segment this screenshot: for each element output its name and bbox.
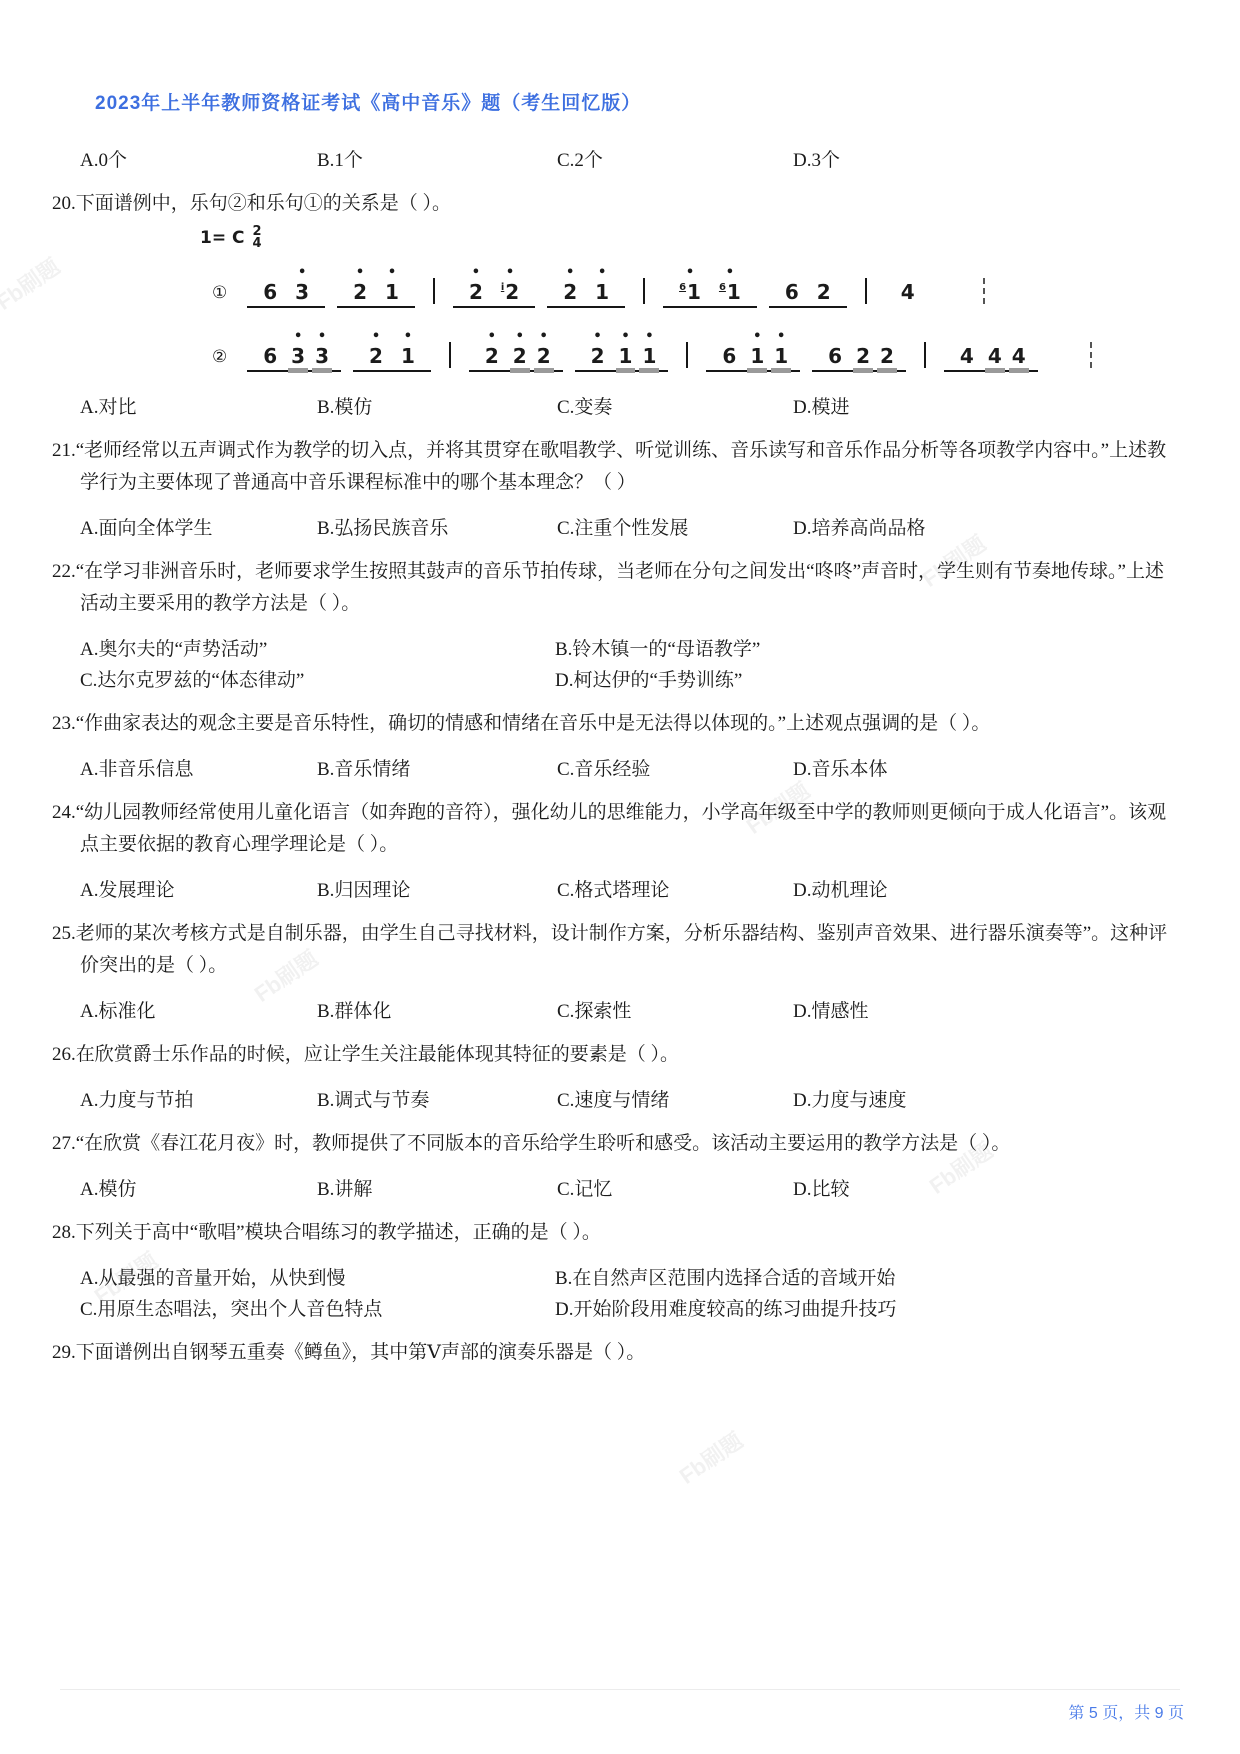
note: 4 xyxy=(951,344,983,368)
page-title: 2023年上半年教师资格证考试《高中音乐》题（考生回忆版） xyxy=(95,88,1182,115)
option: B.模仿 xyxy=(317,392,557,423)
barline-icon xyxy=(686,342,688,368)
octave-dot-icon: • xyxy=(472,268,480,278)
note-digit: 2 xyxy=(880,344,894,368)
question-number: 28. xyxy=(52,1222,76,1243)
key-signature: 1= C24 xyxy=(200,226,1182,250)
octave-dot-icon: • xyxy=(621,332,629,342)
key-label: 1= C xyxy=(200,228,244,248)
octave-dot-icon: • xyxy=(298,268,306,278)
music-line: ②63•3•2•1•2•2•2•2•1•1•61•1•622444 xyxy=(212,328,1182,372)
question: 29.下面谱例出自钢琴五重奏《鳟鱼》，其中第Ⅴ声部的演奏乐器是（ ）。 xyxy=(52,1337,1182,1369)
question: 28.下列关于高中“歌唱”模块合唱练习的教学描述，正确的是（ ）。 xyxy=(52,1217,1182,1249)
question-number: 25. xyxy=(52,923,76,944)
note-digit: 4 xyxy=(988,344,1002,368)
question-text: 下面谱例出自钢琴五重奏《鳟鱼》，其中第Ⅴ声部的演奏乐器是（ ）。 xyxy=(76,1342,645,1363)
beam-group: 2•i2• xyxy=(453,280,535,308)
barline-icon xyxy=(643,278,645,304)
note-digit: 2 xyxy=(353,280,367,304)
question-number: 23. xyxy=(52,713,76,734)
beam-group: 61•1• xyxy=(706,344,800,372)
option: A.发展理论 xyxy=(80,875,317,906)
question-text: “老师经常以五声调式作为教学的切入点，并将其贯穿在歌唱教学、听觉训练、音乐读写和… xyxy=(76,440,1166,493)
octave-dot-icon: • xyxy=(372,332,380,342)
note-digit: 6 xyxy=(828,344,842,368)
note: 2• xyxy=(554,280,586,304)
note-digit: 3 xyxy=(315,344,329,368)
page-content: 2023年上半年教师资格证考试《高中音乐》题（考生回忆版） A.0个B.1个C.… xyxy=(52,88,1182,1371)
option: C.格式塔理论 xyxy=(557,875,793,906)
options-row: A.0个B.1个C.2个D.3个 xyxy=(52,145,1182,176)
note-digit: 6 xyxy=(722,344,736,368)
beam-group: 63• xyxy=(247,280,325,308)
note: 61• xyxy=(670,280,710,304)
beam-group: 622 xyxy=(812,344,906,372)
note: 61• xyxy=(710,280,750,304)
watermark: Fb刷题 xyxy=(673,1424,749,1490)
option: D.开始阶段用难度较高的练习曲提升技巧 xyxy=(555,1294,1182,1325)
options-row: A.从最强的音量开始，从快到慢B.在自然声区范围内选择合适的音域开始C.用原生态… xyxy=(52,1263,1182,1325)
octave-dot-icon: • xyxy=(753,332,761,342)
note-digit: 1 xyxy=(642,344,656,368)
beam-group: 2•1•1• xyxy=(575,344,669,372)
question: 22.“在学习非洲音乐时，老师要求学生按照其鼓声的音乐节拍传球，当老师在分句之间… xyxy=(52,556,1182,620)
note: 1• xyxy=(392,344,424,368)
note: 2 xyxy=(808,280,840,304)
option: B.归因理论 xyxy=(317,875,557,906)
question-number: 21. xyxy=(52,440,76,461)
octave-dot-icon: • xyxy=(318,332,326,342)
note: 1• xyxy=(769,344,793,368)
note-digit: 2 xyxy=(505,280,519,304)
octave-dot-icon: • xyxy=(645,332,653,342)
question-number: 27. xyxy=(52,1133,76,1154)
options-row: A.发展理论B.归因理论C.格式塔理论D.动机理论 xyxy=(52,875,1182,906)
option: A.非音乐信息 xyxy=(80,754,317,785)
option: A.模仿 xyxy=(80,1174,317,1205)
note: 6 xyxy=(713,344,745,368)
note-digit: 2 xyxy=(856,344,870,368)
note-digit: 2 xyxy=(563,280,577,304)
note: 1• xyxy=(376,280,408,304)
question: 25.老师的某次考核方式是自制乐器，由学生自己寻找材料，设计制作方案，分析乐器结… xyxy=(52,918,1182,982)
note: 4 xyxy=(983,344,1007,368)
note-digit: 6 xyxy=(785,280,799,304)
note: 6 xyxy=(254,344,286,368)
question-text: 下面谱例中，乐句②和乐句①的关系是（ ）。 xyxy=(76,193,451,214)
phrase-label: ① xyxy=(212,283,227,302)
barline-icon xyxy=(865,278,867,304)
note-digit: 3 xyxy=(291,344,305,368)
options-row: A.力度与节拍B.调式与节奏C.速度与情绪D.力度与速度 xyxy=(52,1085,1182,1116)
question: 23.“作曲家表达的观念主要是音乐特性，确切的情感和情绪在音乐中是无法得以体现的… xyxy=(52,708,1182,740)
question-number: 20. xyxy=(52,193,76,214)
footer-divider xyxy=(60,1689,1180,1690)
note: 2• xyxy=(460,280,492,304)
note-digit: 1 xyxy=(687,280,701,304)
note: 3• xyxy=(310,344,334,368)
option: C.达尔克罗兹的“体态律动” xyxy=(80,665,555,696)
option: A.面向全体学生 xyxy=(80,513,317,544)
question-text: 老师的某次考核方式是自制乐器，由学生自己寻找材料，设计制作方案，分析乐器结构、鉴… xyxy=(76,923,1167,976)
beam-group: 2•1• xyxy=(353,344,431,372)
note-digit: 2 xyxy=(591,344,605,368)
question: 27.“在欣赏《春江花月夜》时，教师提供了不同版本的音乐给学生聆听和感受。该活动… xyxy=(52,1128,1182,1160)
option: B.1个 xyxy=(317,145,557,176)
option: C.2个 xyxy=(557,145,793,176)
question-text: 在欣赏爵士乐作品的时候，应让学生关注最能体现其特征的要素是（ ）。 xyxy=(76,1044,679,1065)
note-digit: 6 xyxy=(263,344,277,368)
octave-dot-icon: • xyxy=(506,268,514,278)
option: B.弘扬民族音乐 xyxy=(317,513,557,544)
question-list: A.0个B.1个C.2个D.3个20.下面谱例中，乐句②和乐句①的关系是（ ）。… xyxy=(52,145,1182,1369)
note: 1• xyxy=(586,280,618,304)
note-digit: 1 xyxy=(750,344,764,368)
grace-note: 6 xyxy=(719,282,726,293)
note: 2 xyxy=(851,344,875,368)
option: B.调式与节奏 xyxy=(317,1085,557,1116)
beam-group: 2•1• xyxy=(337,280,415,308)
question: 20.下面谱例中，乐句②和乐句①的关系是（ ）。 xyxy=(52,188,1182,220)
question-number: 26. xyxy=(52,1044,76,1065)
note-digit: 1 xyxy=(619,344,633,368)
music-score: 1= C24①63•2•1•2•i2•2•1•61•61•624②63•3•2•… xyxy=(200,226,1182,372)
time-signature: 24 xyxy=(252,226,261,250)
options-row: A.非音乐信息B.音乐情绪C.音乐经验D.音乐本体 xyxy=(52,754,1182,785)
note-digit: 6 xyxy=(263,280,277,304)
dashed-barline-icon xyxy=(983,278,985,304)
question-text: “在学习非洲音乐时，老师要求学生按照其鼓声的音乐节拍传球，当老师在分句之间发出“… xyxy=(76,561,1164,614)
octave-dot-icon: • xyxy=(540,332,548,342)
music-line: ①63•2•1•2•i2•2•1•61•61•624 xyxy=(212,264,1182,308)
option: D.力度与速度 xyxy=(793,1085,1182,1116)
option: D.情感性 xyxy=(793,996,1182,1027)
note-digit: 4 xyxy=(960,344,974,368)
note: 1• xyxy=(637,344,661,368)
octave-dot-icon: • xyxy=(488,332,496,342)
option: B.铃木镇一的“母语教学” xyxy=(555,634,1182,665)
option: D.动机理论 xyxy=(793,875,1182,906)
barline-icon xyxy=(449,342,451,368)
note: 3• xyxy=(286,280,318,304)
options-row: A.对比B.模仿C.变奏D.模进 xyxy=(52,392,1182,423)
note: 2• xyxy=(532,344,556,368)
note: 2• xyxy=(360,344,392,368)
exam-page: 2023年上半年教师资格证考试《高中音乐》题（考生回忆版） A.0个B.1个C.… xyxy=(0,0,1240,1754)
question-text: “在欣赏《春江花月夜》时，教师提供了不同版本的音乐给学生聆听和感受。该活动主要运… xyxy=(76,1133,1011,1154)
option: D.柯达伊的“手势训练” xyxy=(555,665,1182,696)
note-digit: 2 xyxy=(537,344,551,368)
octave-dot-icon: • xyxy=(356,268,364,278)
note: 1• xyxy=(745,344,769,368)
octave-dot-icon: • xyxy=(726,268,734,278)
option: A.从最强的音量开始，从快到慢 xyxy=(80,1263,555,1294)
grace-note: i xyxy=(501,282,504,293)
dashed-barline-icon xyxy=(1090,342,1092,368)
phrase-label: ② xyxy=(212,347,227,366)
options-row: A.奥尔夫的“声势活动”B.铃木镇一的“母语教学”C.达尔克罗兹的“体态律动”D… xyxy=(52,634,1182,696)
time-denominator: 4 xyxy=(252,238,261,250)
note: 2• xyxy=(582,344,614,368)
option: B.群体化 xyxy=(317,996,557,1027)
beam-group: 63•3• xyxy=(247,344,341,372)
octave-dot-icon: • xyxy=(598,268,606,278)
note: 2• xyxy=(508,344,532,368)
note-digit: 2 xyxy=(369,344,383,368)
note: 6 xyxy=(776,280,808,304)
question-number: 22. xyxy=(52,561,76,582)
option: C.速度与情绪 xyxy=(557,1085,793,1116)
octave-dot-icon: • xyxy=(593,332,601,342)
note: 2• xyxy=(476,344,508,368)
question: 21.“老师经常以五声调式作为教学的切入点，并将其贯穿在歌唱教学、听觉训练、音乐… xyxy=(52,435,1182,499)
option: C.变奏 xyxy=(557,392,793,423)
option: D.培养高尚品格 xyxy=(793,513,1182,544)
note-digit: 4 xyxy=(1012,344,1026,368)
note-digit: 2 xyxy=(469,280,483,304)
beam-group: 2•2•2• xyxy=(469,344,563,372)
barline-icon xyxy=(924,342,926,368)
option: B.讲解 xyxy=(317,1174,557,1205)
octave-dot-icon: • xyxy=(686,268,694,278)
grace-note: 6 xyxy=(679,282,686,293)
option: B.在自然声区范围内选择合适的音域开始 xyxy=(555,1263,1182,1294)
question: 24.“幼儿园教师经常使用儿童化语言（如奔跑的音符），强化幼儿的思维能力，小学高… xyxy=(52,797,1182,861)
note: i2• xyxy=(492,280,528,304)
octave-dot-icon: • xyxy=(777,332,785,342)
note: 2 xyxy=(875,344,899,368)
options-row: A.面向全体学生B.弘扬民族音乐C.注重个性发展D.培养高尚品格 xyxy=(52,513,1182,544)
note-digit: 2 xyxy=(513,344,527,368)
option: C.注重个性发展 xyxy=(557,513,793,544)
question-text: “作曲家表达的观念主要是音乐特性，确切的情感和情绪在音乐中是无法得以体现的。”上… xyxy=(76,713,991,734)
note: 1• xyxy=(614,344,638,368)
beam-group: 62 xyxy=(769,280,847,308)
octave-dot-icon: • xyxy=(404,332,412,342)
option: A.0个 xyxy=(80,145,317,176)
option: D.比较 xyxy=(793,1174,1182,1205)
page-number: 第 5 页，共 9 页 xyxy=(1068,1700,1184,1723)
beam-group: 444 xyxy=(944,344,1038,372)
options-row: A.标准化B.群体化C.探索性D.情感性 xyxy=(52,996,1182,1027)
option: A.力度与节拍 xyxy=(80,1085,317,1116)
note: 6 xyxy=(254,280,286,304)
note: 4 xyxy=(892,280,924,304)
note-digit: 1 xyxy=(595,280,609,304)
beam-group: 2•1• xyxy=(547,280,625,308)
note-digit: 2 xyxy=(485,344,499,368)
question-number: 29. xyxy=(52,1342,76,1363)
octave-dot-icon: • xyxy=(566,268,574,278)
octave-dot-icon: • xyxy=(516,332,524,342)
note-digit: 2 xyxy=(817,280,831,304)
option: C.探索性 xyxy=(557,996,793,1027)
option: C.记忆 xyxy=(557,1174,793,1205)
option: D.音乐本体 xyxy=(793,754,1182,785)
note: 6 xyxy=(819,344,851,368)
note-digit: 1 xyxy=(774,344,788,368)
note: 4 xyxy=(1007,344,1031,368)
option: A.对比 xyxy=(80,392,317,423)
question-text: 下列关于高中“歌唱”模块合唱练习的教学描述，正确的是（ ）。 xyxy=(76,1222,601,1243)
question-text: “幼儿园教师经常使用儿童化语言（如奔跑的音符），强化幼儿的思维能力，小学高年级至… xyxy=(76,802,1166,855)
beam-group: 4 xyxy=(885,280,931,306)
octave-dot-icon: • xyxy=(294,332,302,342)
note-digit: 3 xyxy=(295,280,309,304)
options-row: A.模仿B.讲解C.记忆D.比较 xyxy=(52,1174,1182,1205)
option: D.3个 xyxy=(793,145,1182,176)
octave-dot-icon: • xyxy=(388,268,396,278)
note-digit: 1 xyxy=(727,280,741,304)
option: B.音乐情绪 xyxy=(317,754,557,785)
option: D.模进 xyxy=(793,392,1182,423)
option: A.奥尔夫的“声势活动” xyxy=(80,634,555,665)
option: C.音乐经验 xyxy=(557,754,793,785)
note-digit: 1 xyxy=(401,344,415,368)
question: 26.在欣赏爵士乐作品的时候，应让学生关注最能体现其特征的要素是（ ）。 xyxy=(52,1039,1182,1071)
option: C.用原生态唱法，突出个人音色特点 xyxy=(80,1294,555,1325)
note-digit: 1 xyxy=(385,280,399,304)
note: 3• xyxy=(286,344,310,368)
question-number: 24. xyxy=(52,802,76,823)
beam-group: 61•61• xyxy=(663,280,757,308)
option: A.标准化 xyxy=(80,996,317,1027)
note-digit: 4 xyxy=(901,280,915,304)
note: 2• xyxy=(344,280,376,304)
barline-icon xyxy=(433,278,435,304)
